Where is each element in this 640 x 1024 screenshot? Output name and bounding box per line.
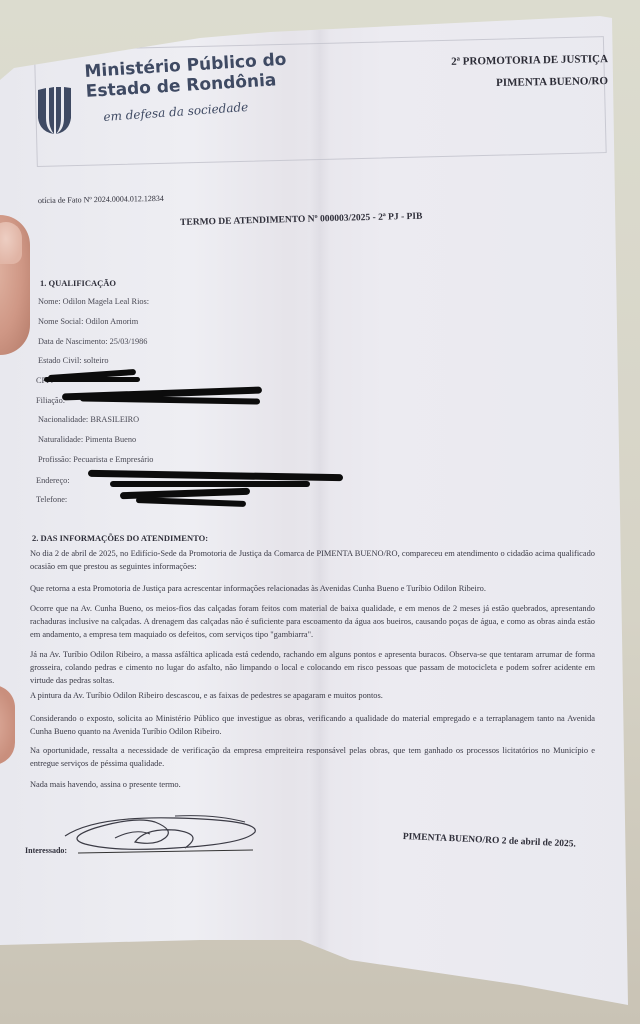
redaction-mark [110, 481, 310, 487]
reference-number: otícia de Fato Nº 2024.0004.012.12834 [38, 194, 164, 205]
mp-logo-icon [36, 84, 72, 138]
paragraph: Na oportunidade, ressalta a necessidade … [30, 744, 595, 770]
field-filiation: Filiação: [36, 396, 65, 405]
paragraph: A pintura da Av. Turíbio Odilon Ribeiro … [30, 689, 595, 702]
field-birthplace: Naturalidade: Pimenta Bueno [38, 435, 136, 444]
paragraph: Considerando o exposto, solicita ao Mini… [30, 712, 595, 738]
place-and-date: PIMENTA BUENO/RO 2 de abril de 2025. [403, 832, 576, 850]
field-social-name: Nome Social: Odilon Amorim [38, 317, 138, 326]
document-title: TERMO DE ATENDIMENTO Nº 000003/2025 - 2ª… [180, 212, 423, 228]
signature-label: Interessado: [25, 846, 67, 855]
field-nationality: Nacionalidade: BRASILEIRO [38, 415, 139, 424]
paragraph: Que retorna a esta Promotoria de Justiça… [30, 582, 595, 595]
paragraph: Já na Av. Turíbio Odilon Ribeiro, a mass… [30, 648, 595, 687]
section-qualification-heading: 1. QUALIFICAÇÃO [40, 278, 116, 288]
redaction-mark [136, 497, 246, 507]
field-address: Endereço: [36, 476, 70, 485]
field-civil-status: Estado Civil: solteiro [38, 356, 109, 365]
paragraph: No dia 2 de abril de 2025, no Edifício-S… [30, 547, 595, 573]
field-phone: Telefone: [36, 495, 67, 504]
redaction-mark [44, 377, 140, 382]
redaction-mark [88, 470, 343, 481]
field-name: Nome: Odilon Magela Leal Rios: [38, 297, 149, 306]
thumbnail [0, 222, 22, 264]
document-sheet: Ministério Público do Estado de Rondônia… [0, 0, 640, 1024]
redaction-mark [80, 395, 260, 404]
field-birth-date: Data de Nascimento: 25/03/1986 [38, 337, 147, 346]
field-profession: Profissão: Pecuarista e Empresário [38, 455, 153, 464]
paragraph: Ocorre que na Av. Cunha Bueno, os meios-… [30, 602, 595, 641]
paper-fold [310, 30, 330, 950]
section-information-heading: 2. DAS INFORMAÇÕES DO ATENDIMENTO: [32, 533, 208, 543]
paragraph: Nada mais havendo, assina o presente ter… [30, 778, 595, 791]
